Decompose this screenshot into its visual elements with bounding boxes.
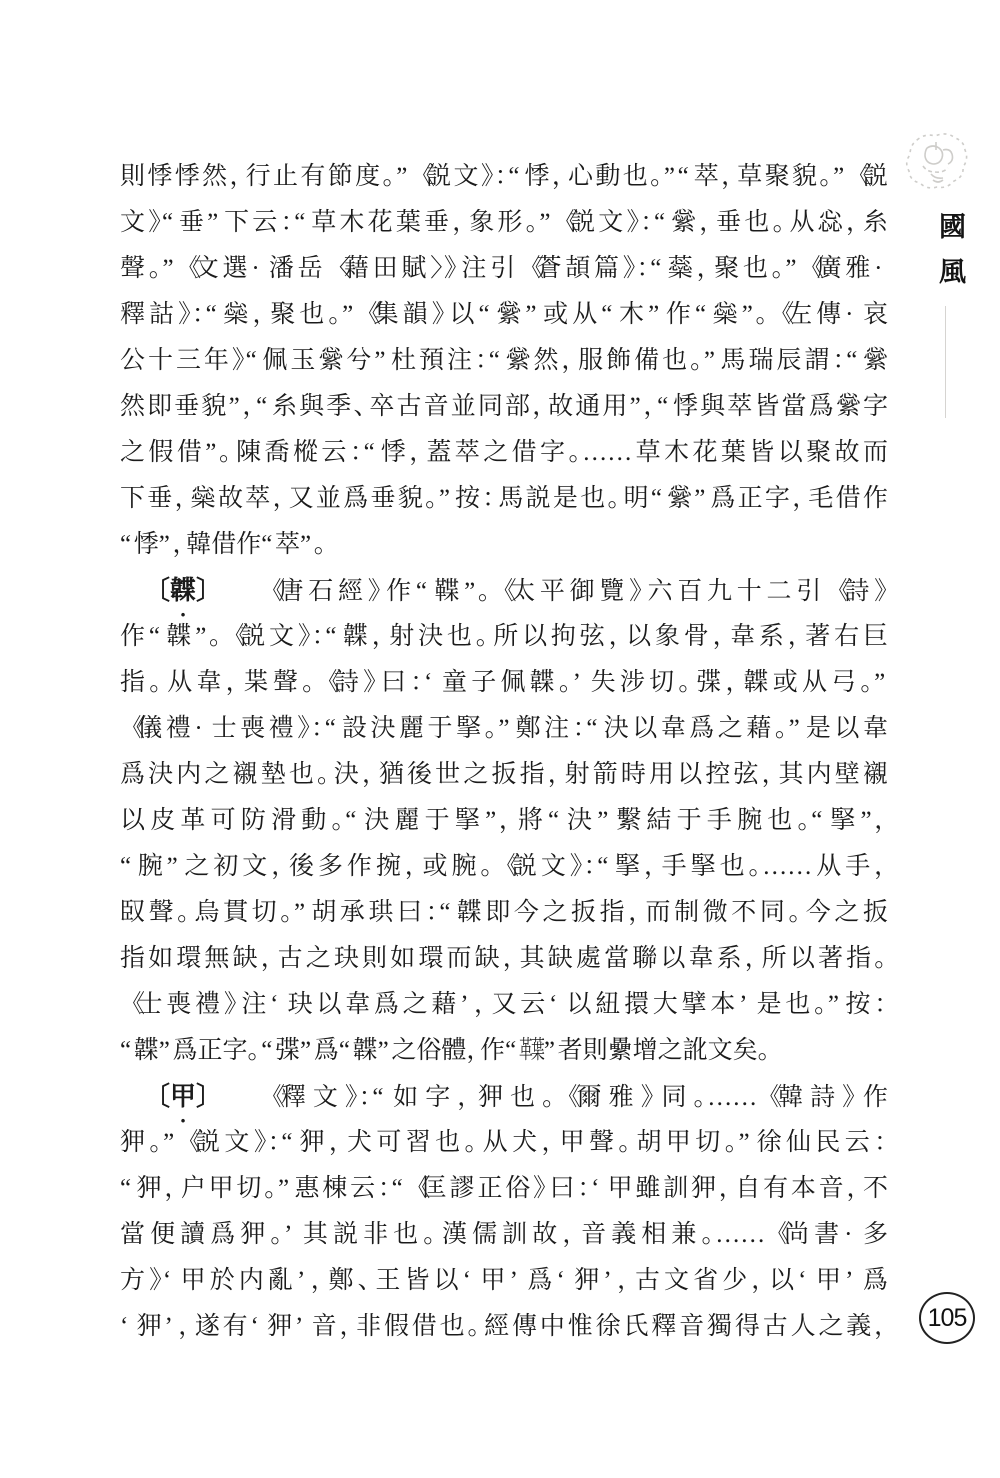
entry-she: 〔韘〕 《唐石經》作“鞢”。《太平御覽》六百九十二引《詩》 [120,568,888,614]
text-line: 臤聲。烏貫切。”胡承珙曰：“韘即今之扳指，而制微不同。今之扳 [120,890,888,936]
text-line: 作“韘”。《説文》：“韘，射決也。所以拘弦，以象骨，韋系，著右巨 [120,614,888,660]
text-segment: ”者則纍增之訛文矣。 [544,1037,772,1064]
rare-glyph-ge-ye: 革葉 [519,1028,544,1074]
text-line: 公十三年》“佩玉繠兮”杜預注：“繠然，服飾備也。”馬瑞辰謂：“繠 [120,338,888,384]
text-line: 《士喪禮》注‘玦以韋爲之藉’，又云‘以紐擐大擘本’是也。”按： [120,982,888,1028]
entry-first-line: 《唐石經》作“鞢”。《太平御覽》六百九十二引《詩》 [260,569,888,615]
page-number: 105 [928,1304,967,1333]
text-segment: “韘”爲正字。“弽”爲“韘”之俗體，作“ [120,1037,519,1064]
text-line: 聲。”《文選·潘岳〈藉田賦〉》注引《蒼頡篇》：“蘂，聚也。”《廣雅· [120,246,888,292]
entry-jia: 〔甲〕 《釋文》：“如字，狎也。《爾雅》同。……《韓詩》作 [120,1074,888,1120]
margin-divider-line [945,306,946,418]
text-line: 指如環無缺，古之玦則如環而缺，其缺處當聯以韋系，所以著指。 [120,936,888,982]
seal-stamp-icon [903,128,975,198]
text-line: “悸”，韓借作“萃”。 [120,522,888,568]
text-line: 方》‘甲於内亂’，鄭、王皆以‘甲’爲‘狎’，古文省少，以‘甲’爲 [120,1258,888,1304]
entry-first-line: 《釋文》：“如字，狎也。《爾雅》同。……《韓詩》作 [260,1075,888,1121]
text-line: ‘狎’，遂有‘狎’音，非假借也。經傳中惟徐氏釋音獨得古人之義， [120,1304,888,1350]
text-line: 指。从韋，枼聲。《詩》曰：‘童子佩韘。’失涉切。弽，韘或从弓。” [120,660,888,706]
text-line: 當便讀爲狎。’其説非也。漢儒訓故，音義相兼。……《尚書·多 [120,1212,888,1258]
text-line: 以皮革可防滑動。“決麗于掔”，將“決”繫結于手腕也。“掔”， [120,798,888,844]
text-line: “腕”之初文，後多作捥，或腕。《説文》：“掔，手掔也。……从手， [120,844,888,890]
entry-head-jia: 〔甲〕 [144,1074,222,1120]
text-line-with-rare-glyph: “韘”爲正字。“弽”爲“韘”之俗體，作“革葉”者則纍增之訛文矣。 [120,1028,888,1074]
main-text-block: 則悸悸然，行止有節度。”《説文》：“悸，心動也。”“萃，草聚貌。”《説 文》“垂… [120,154,888,1350]
text-line: 之假借”。陳喬樅云：“悸，蓋萃之借字。……草木花葉皆以聚故而 [120,430,888,476]
text-line: 然即垂貌”，“糸與季、卒古音並同部，故通用”，“悸與萃皆當爲繠字 [120,384,888,430]
chapter-margin-label: 國風 [931,212,970,302]
entry-head-she: 〔韘〕 [144,568,222,614]
text-line: 《儀禮·士喪禮》：“設決麗于掔。”鄭注：“決以韋爲之藉。”是以韋 [120,706,888,752]
text-line: 狎。”《説文》：“狎，犬可習也。从犬，甲聲。胡甲切。”徐仙民云： [120,1120,888,1166]
text-line: “狎，户甲切。”惠棟云：“《匡謬正俗》曰：‘甲雖訓狎，自有本音，不 [120,1166,888,1212]
text-line: 則悸悸然，行止有節度。”《説文》：“悸，心動也。”“萃，草聚貌。”《説 [120,154,888,200]
page-number-badge: 105 [919,1292,975,1344]
scanned-book-page: { "page": { "number": "105", "margin_lab… [0,0,1000,1478]
text-line: 爲決内之襯墊也。決，猶後世之扳指，射箭時用以控弦，其内壁襯 [120,752,888,798]
text-line: 文》“垂”下云：“草木花葉垂，象形。”《説文》：“繠，垂也。从惢，糸 [120,200,888,246]
text-line: 下垂，橤故萃，又並爲垂貌。”按：馬説是也。明“繠”爲正字，毛借作 [120,476,888,522]
text-line: 釋詁》：“橤，聚也。”《集韻》以“繠”或从“木”作“橤”。《左傳·哀 [120,292,888,338]
